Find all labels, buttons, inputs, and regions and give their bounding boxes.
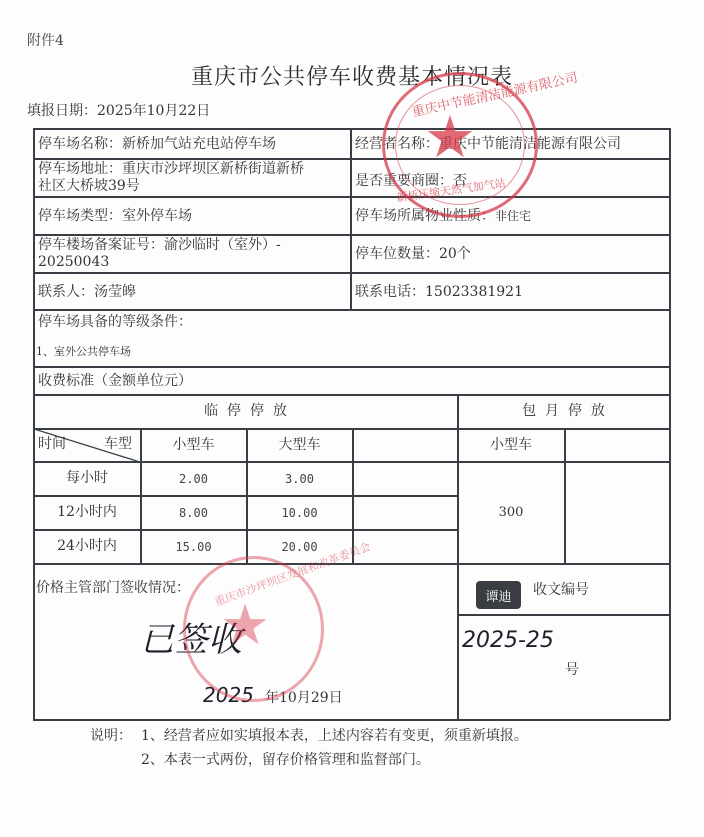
- row-period: 12小时内: [34, 503, 140, 521]
- monthly-fee-value: 300: [458, 504, 564, 522]
- property-nature-value: 非住宅: [495, 209, 531, 223]
- row-large-car-fee: 10.00: [247, 504, 352, 522]
- table-border: [33, 719, 670, 721]
- contact-phone: 联系电话：15023381921: [355, 283, 523, 301]
- monthly-column-small-car: 小型车: [458, 436, 564, 454]
- lot-type: 停车场类型：室外停车场: [38, 207, 192, 225]
- doc-number-suffix: 号: [565, 661, 579, 679]
- contact-person: 联系人：汤莹皞: [38, 283, 136, 301]
- handwritten-doc-number: 2025-25: [462, 628, 554, 653]
- fee-section-label: 收费标准（金额单位元）: [38, 372, 192, 390]
- seal-star-icon: ★: [220, 598, 270, 654]
- table-divider: [33, 529, 457, 531]
- table-divider: [33, 366, 670, 368]
- grade-conditions-label: 停车场具备的等级条件：: [38, 313, 192, 331]
- table-border: [33, 128, 35, 720]
- seal-star-icon: ★: [424, 108, 476, 166]
- space-count: 停车位数量：20个: [355, 245, 471, 263]
- fill-date: 填报日期：2025年10月22日: [27, 100, 210, 120]
- lot-name: 停车场名称：新桥加气站充电站停车场: [38, 135, 276, 153]
- row-small-car-fee: 8.00: [141, 504, 246, 522]
- filing-number-line2: 20250043: [38, 253, 109, 271]
- lot-address-line2: 社区大桥坡39号: [38, 177, 140, 195]
- attachment-label: 附件4: [27, 30, 64, 50]
- handwritten-sign-year: 2025: [203, 683, 254, 707]
- table-divider: [33, 272, 670, 274]
- row-small-car-fee: 2.00: [141, 470, 246, 488]
- table-divider: [33, 563, 670, 565]
- property-nature: 停车场所属物业性质：非住宅: [355, 207, 531, 225]
- table-divider: [33, 495, 457, 497]
- sign-date: 年10月29日: [265, 689, 343, 707]
- lot-address-line1: 停车场地址：重庆市沙坪坝区新桥街道新桥: [38, 160, 304, 178]
- note-item-1: 1、经营者应如实填报本表，上述内容若有变更，须重新填报。: [141, 725, 528, 745]
- row-period: 每小时: [34, 469, 140, 487]
- grade-conditions-item: 1、室外公共停车场: [36, 343, 131, 361]
- column-large-car: 大型车: [247, 436, 352, 454]
- table-border: [33, 128, 670, 130]
- table-divider: [33, 196, 670, 198]
- notes-label: 说明：: [90, 725, 132, 745]
- table-divider: [564, 428, 566, 563]
- user-name-tooltip[interactable]: 谭迪: [476, 581, 521, 609]
- table-divider: [350, 128, 352, 310]
- corner-type-label: 车型: [104, 435, 132, 453]
- row-period: 24小时内: [34, 537, 140, 555]
- page-title: 重庆市公共停车收费基本情况表: [0, 60, 704, 91]
- filing-number-line1: 停车楼场备案证号：渝沙临时（室外）-: [38, 236, 281, 254]
- row-large-car-fee: 3.00: [247, 470, 352, 488]
- table-divider: [33, 394, 670, 396]
- monthly-parking-header: 包 月 停 放: [458, 402, 669, 420]
- price-dept-receipt-label: 价格主管部门签收情况：: [36, 579, 190, 597]
- note-item-2: 2、本表一式两份，留存价格管理和监督部门。: [141, 749, 430, 769]
- property-nature-label: 停车场所属物业性质：: [355, 208, 495, 224]
- row-small-car-fee: 15.00: [141, 538, 246, 556]
- operator-name: 经营者名称：重庆中节能清洁能源有限公司: [355, 135, 621, 153]
- doc-number-label: 收文编号: [533, 581, 589, 599]
- temporary-parking-header: 临 停 停 放: [34, 402, 457, 420]
- table-border: [669, 128, 671, 720]
- corner-time-label: 时间: [38, 435, 66, 453]
- table-divider: [33, 309, 670, 311]
- column-small-car: 小型车: [141, 436, 246, 454]
- table-divider: [457, 614, 670, 616]
